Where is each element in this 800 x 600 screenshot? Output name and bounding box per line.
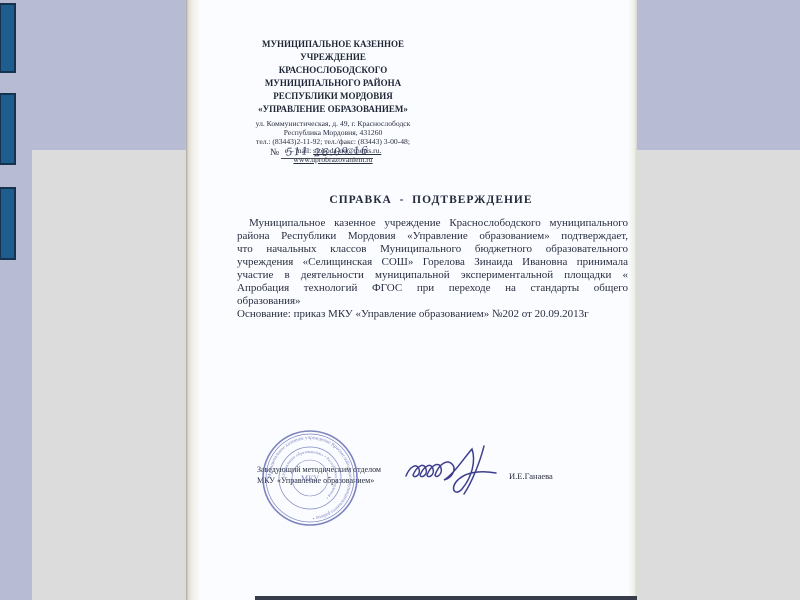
page-edge-right — [627, 0, 637, 600]
body-line: Муниципальное казенное учреждение Красно… — [237, 217, 628, 230]
round-stamp: Муниципальное казенное учреждение Красно… — [260, 428, 360, 528]
phone-line: тел.: (83443)2-11-92; тел./факс: (83443)… — [244, 137, 422, 146]
accent-bar — [0, 93, 16, 165]
body-line: учреждения «Селищинская СОШ» Горелова Зи… — [237, 256, 628, 269]
stamp-center-text: МКУ — [301, 474, 319, 483]
body-line: Апробация технологий ФГОС при переходе н… — [237, 282, 628, 295]
body-line: района Республики Мордовия «Управление о… — [237, 230, 628, 243]
number-sign: № — [270, 148, 279, 158]
number-underline: 51126.09.16 — [281, 146, 373, 159]
document-body: Муниципальное казенное учреждение Красно… — [237, 217, 628, 321]
accent-bar — [0, 3, 16, 73]
page-bottom-shadow — [255, 596, 637, 600]
page-edge-left — [186, 0, 202, 600]
handwritten-date: 26.09.16 — [313, 145, 368, 160]
slide-canvas: МУНИЦИПАЛЬНОЕ КАЗЕННОЕ УЧРЕЖДЕНИЕ КРАСНО… — [0, 0, 800, 600]
body-line: что начальных классов Муниципального бюд… — [237, 243, 628, 256]
address-line: Республика Мордовия, 431260 — [244, 128, 422, 137]
org-name-line: РЕСПУБЛИКИ МОРДОВИЯ — [244, 90, 422, 103]
address-line: ул. Коммунистическая, д. 49, г. Красносл… — [244, 119, 422, 128]
document-page: МУНИЦИПАЛЬНОЕ КАЗЕННОЕ УЧРЕЖДЕНИЕ КРАСНО… — [186, 0, 637, 600]
accent-bar — [0, 187, 16, 260]
org-name-line: МУНИЦИПАЛЬНОЕ КАЗЕННОЕ — [244, 38, 422, 51]
org-name-line: УЧРЕЖДЕНИЕ — [244, 51, 422, 64]
org-name-line: МУНИЦИПАЛЬНОГО РАЙОНА — [244, 77, 422, 90]
body-line: образования» — [237, 295, 628, 308]
signer-name: И.Е.Ганаева — [509, 471, 553, 481]
org-name-line: «УПРАВЛЕНИЕ ОБРАЗОВАНИЕМ» — [244, 103, 422, 116]
org-name-line: КРАСНОСЛОБОДСКОГО — [244, 64, 422, 77]
basis-line: Основание: приказ МКУ «Управление образо… — [237, 308, 628, 321]
handwritten-number: 511 — [286, 145, 310, 158]
handwritten-signature — [400, 436, 510, 502]
outgoing-number-line: № 51126.09.16 — [270, 146, 373, 159]
document-title: СПРАВКА - ПОДТВЕРЖДЕНИЕ — [232, 194, 630, 206]
body-line: участие в деятельности муниципальной экс… — [237, 269, 628, 282]
